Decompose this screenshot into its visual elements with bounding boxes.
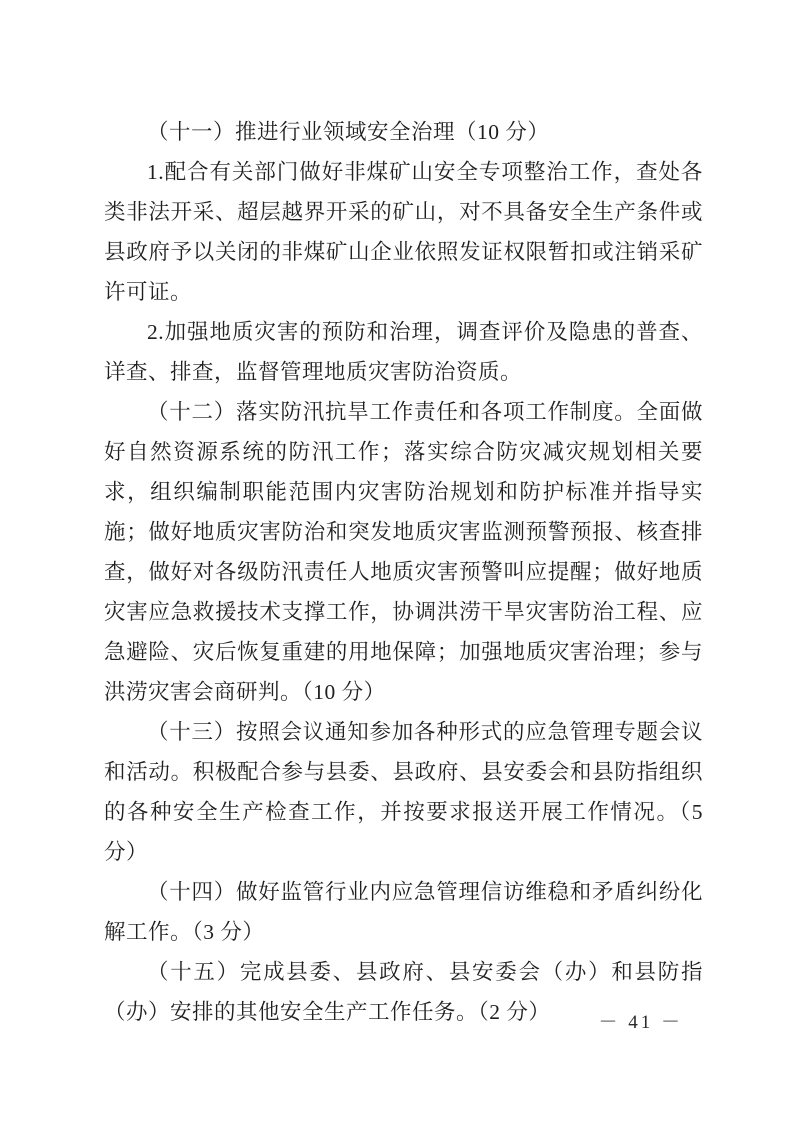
paragraph-section-14: （十四）做好监管行业内应急管理信访维稳和矛盾纠纷化解工作。（3 分）	[104, 872, 703, 952]
page-footer: － 41 －	[0, 1008, 793, 1048]
section-heading-11: （十一）推进行业领域安全治理（10 分）	[104, 112, 703, 152]
paragraph-item-2: 2.加强地质灾害的预防和治理，调查评价及隐患的普查、详查、排查，监督管理地质灾害…	[104, 312, 703, 392]
paragraph-section-13: （十三）按照会议通知参加各种形式的应急管理专题会议和活动。积极配合参与县委、县政…	[104, 712, 703, 872]
document-body: （十一）推进行业领域安全治理（10 分） 1.配合有关部门做好非煤矿山安全专项整…	[104, 112, 703, 1032]
document-page: （十一）推进行业领域安全治理（10 分） 1.配合有关部门做好非煤矿山安全专项整…	[0, 0, 793, 1122]
page-number: － 41 －	[598, 1008, 683, 1038]
paragraph-section-12: （十二）落实防汛抗旱工作责任和各项工作制度。全面做好自然资源系统的防汛工作；落实…	[104, 392, 703, 712]
paragraph-item-1: 1.配合有关部门做好非煤矿山安全专项整治工作，查处各类非法开采、超层越界开采的矿…	[104, 152, 703, 312]
